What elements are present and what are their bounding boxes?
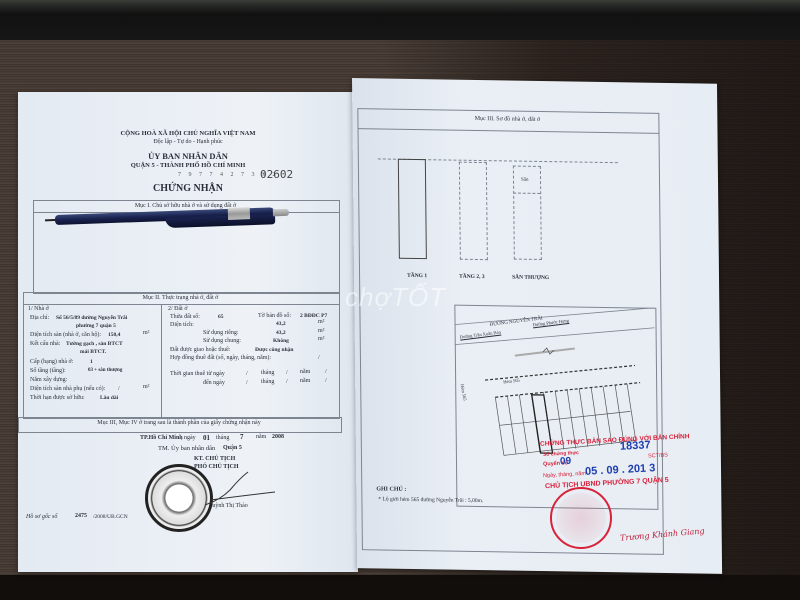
national-motto: Độc lập - Tự do - Hạnh phúc bbox=[88, 139, 288, 145]
shared-use-label: Sử dụng chung: bbox=[203, 338, 241, 344]
shared-use-value: Không bbox=[273, 338, 289, 344]
chotot-watermark: chợTỐT bbox=[345, 282, 446, 313]
address-line2: phường 7 quận 5 bbox=[76, 323, 116, 329]
nation-header: CỘNG HOÀ XÃ HỘI CHỦ NGHĨA VIỆT NAM bbox=[88, 130, 288, 137]
section2-heading: Mục II. Thực trạng nhà ở, đất ở bbox=[23, 295, 338, 301]
lease-to-month-slash: / bbox=[286, 379, 288, 385]
floor23-plan bbox=[459, 162, 488, 260]
signature-stroke bbox=[200, 470, 280, 510]
floor-area-value: 150,4 bbox=[108, 332, 120, 338]
floor1-plan bbox=[398, 159, 427, 259]
lease-from-slash: / bbox=[246, 371, 248, 377]
serial-stamped: 02602 bbox=[260, 168, 293, 181]
ownership-term-value: Lâu dài bbox=[100, 395, 118, 401]
house-label: 1/ Nhà ở bbox=[28, 306, 49, 312]
address-line1: Số 56/5/89 đường Nguyễn Trãi bbox=[56, 315, 127, 321]
aux-area-value: / bbox=[118, 386, 120, 392]
land-label: 2/ Đất ở bbox=[168, 306, 188, 312]
issue-day: 01 bbox=[203, 434, 210, 442]
certificate-right-page: Mục III. Sơ đồ nhà ở, đất ở Sân TẦNG 1 T… bbox=[352, 78, 722, 574]
lease-contract-label: Hợp đồng thuê đất (số, ngày, tháng, năm)… bbox=[170, 355, 271, 361]
lease-from-month-slash: / bbox=[286, 370, 288, 376]
issue-month: 7 bbox=[240, 433, 244, 441]
grade-value: 1 bbox=[90, 359, 93, 365]
parcel-label: Thửa đất số: bbox=[170, 314, 200, 320]
certificate-title: CHỨNG NHẬN bbox=[88, 183, 288, 194]
pen-ring bbox=[228, 207, 250, 220]
allocation-label: Đất được giao hoặc thuê: bbox=[170, 347, 230, 353]
aux-area-unit: m² bbox=[143, 384, 149, 390]
address-label: Địa chỉ: bbox=[30, 315, 49, 321]
floors-label: Số tầng (tầng): bbox=[30, 368, 66, 374]
on-behalf: TM. Ủy ban nhân dân bbox=[158, 445, 215, 452]
section2-divider bbox=[23, 304, 340, 305]
lease-to-year-label: năm bbox=[300, 378, 310, 384]
map-sheet-label: Tờ bản đồ số: bbox=[258, 313, 291, 319]
floor1-label: TẦNG 1 bbox=[407, 273, 427, 279]
lease-contract-value: / bbox=[318, 355, 320, 361]
grade-label: Cấp (hạng) nhà ở: bbox=[30, 359, 73, 365]
land-area-label: Diện tích: bbox=[170, 322, 194, 328]
rooftop-room-label: Sân bbox=[521, 178, 529, 183]
wall-background bbox=[0, 0, 800, 40]
floor23-label: TẦNG 2, 3 bbox=[459, 274, 485, 280]
section2-column-divider bbox=[161, 304, 162, 417]
issue-month-label: tháng bbox=[216, 435, 229, 441]
land-area-value: 43,2 bbox=[276, 321, 286, 327]
lease-from-year-slash: / bbox=[325, 369, 327, 375]
file-record-suffix: /2008/UB.GCN bbox=[93, 514, 128, 520]
issue-day-label: , ngày bbox=[181, 435, 196, 441]
structure-line2: mái BTCT. bbox=[80, 349, 106, 355]
table-edge-shadow bbox=[0, 575, 800, 600]
year-built-label: Năm xây dựng: bbox=[30, 377, 67, 383]
floor-area-label: Diện tích sàn (nhà ở, căn hộ): bbox=[30, 332, 101, 338]
district-name: QUẬN 5 - THÀNH PHỐ HỒ CHÍ MINH bbox=[88, 162, 288, 169]
ownership-term-label: Thời hạn được sở hữu: bbox=[30, 395, 85, 401]
lease-to-slash: / bbox=[246, 380, 248, 386]
official-seal-red bbox=[550, 487, 612, 549]
footer-note: Mục III, Mục IV ở trang sau là thành phầ… bbox=[18, 420, 340, 426]
pp-title: KT. CHỦ TỊCH bbox=[194, 456, 235, 462]
certified-number: 18337 bbox=[620, 439, 651, 453]
lease-to-month-label: tháng bbox=[261, 379, 274, 385]
authority-name: ỦY BAN NHÂN DÂN bbox=[88, 151, 288, 161]
aux-area-label: Diện tích sàn nhà phụ (nếu có): bbox=[30, 386, 105, 392]
lease-to-label: đến ngày bbox=[203, 380, 225, 386]
structure-label: Kết cấu nhà: bbox=[30, 341, 60, 347]
allocation-value: Được công nhận bbox=[255, 347, 293, 353]
certified-book: 09 bbox=[560, 456, 572, 468]
shared-use-unit: m² bbox=[318, 336, 324, 342]
structure-line1: Tường gạch , sàn BTCT bbox=[66, 341, 123, 347]
land-area-unit: m² bbox=[318, 319, 324, 325]
issue-place: TP.Hồ Chí Minh bbox=[140, 435, 183, 441]
lease-to-year-slash: / bbox=[325, 378, 327, 384]
parcel-value: 65 bbox=[218, 314, 224, 320]
rooftop-label: SÂN THƯỢNG bbox=[512, 275, 549, 282]
floor-area-unit: m² bbox=[143, 330, 149, 336]
certified-book-suffix: SCT/BS bbox=[648, 452, 668, 459]
lease-from-month-label: tháng bbox=[261, 370, 274, 376]
issue-year: 2008 bbox=[272, 434, 284, 440]
lease-from-label: Thời gian thuê từ ngày bbox=[170, 371, 225, 377]
private-use-value: 43,2 bbox=[276, 330, 286, 336]
file-record-number: 2475 bbox=[75, 513, 87, 519]
pen-cap bbox=[273, 209, 289, 217]
on-behalf-district: Quận 5 bbox=[223, 445, 242, 451]
lease-from-year-label: năm bbox=[300, 369, 310, 375]
notes-title: GHI CHÚ : bbox=[376, 486, 406, 492]
private-use-label: Sử dụng riêng: bbox=[203, 330, 239, 336]
file-record-label: Hồ sơ gốc số bbox=[26, 514, 57, 520]
private-use-unit: m² bbox=[318, 328, 324, 334]
issue-year-label: năm bbox=[256, 434, 266, 440]
floors-value: 03 + sân thượng bbox=[88, 368, 122, 373]
